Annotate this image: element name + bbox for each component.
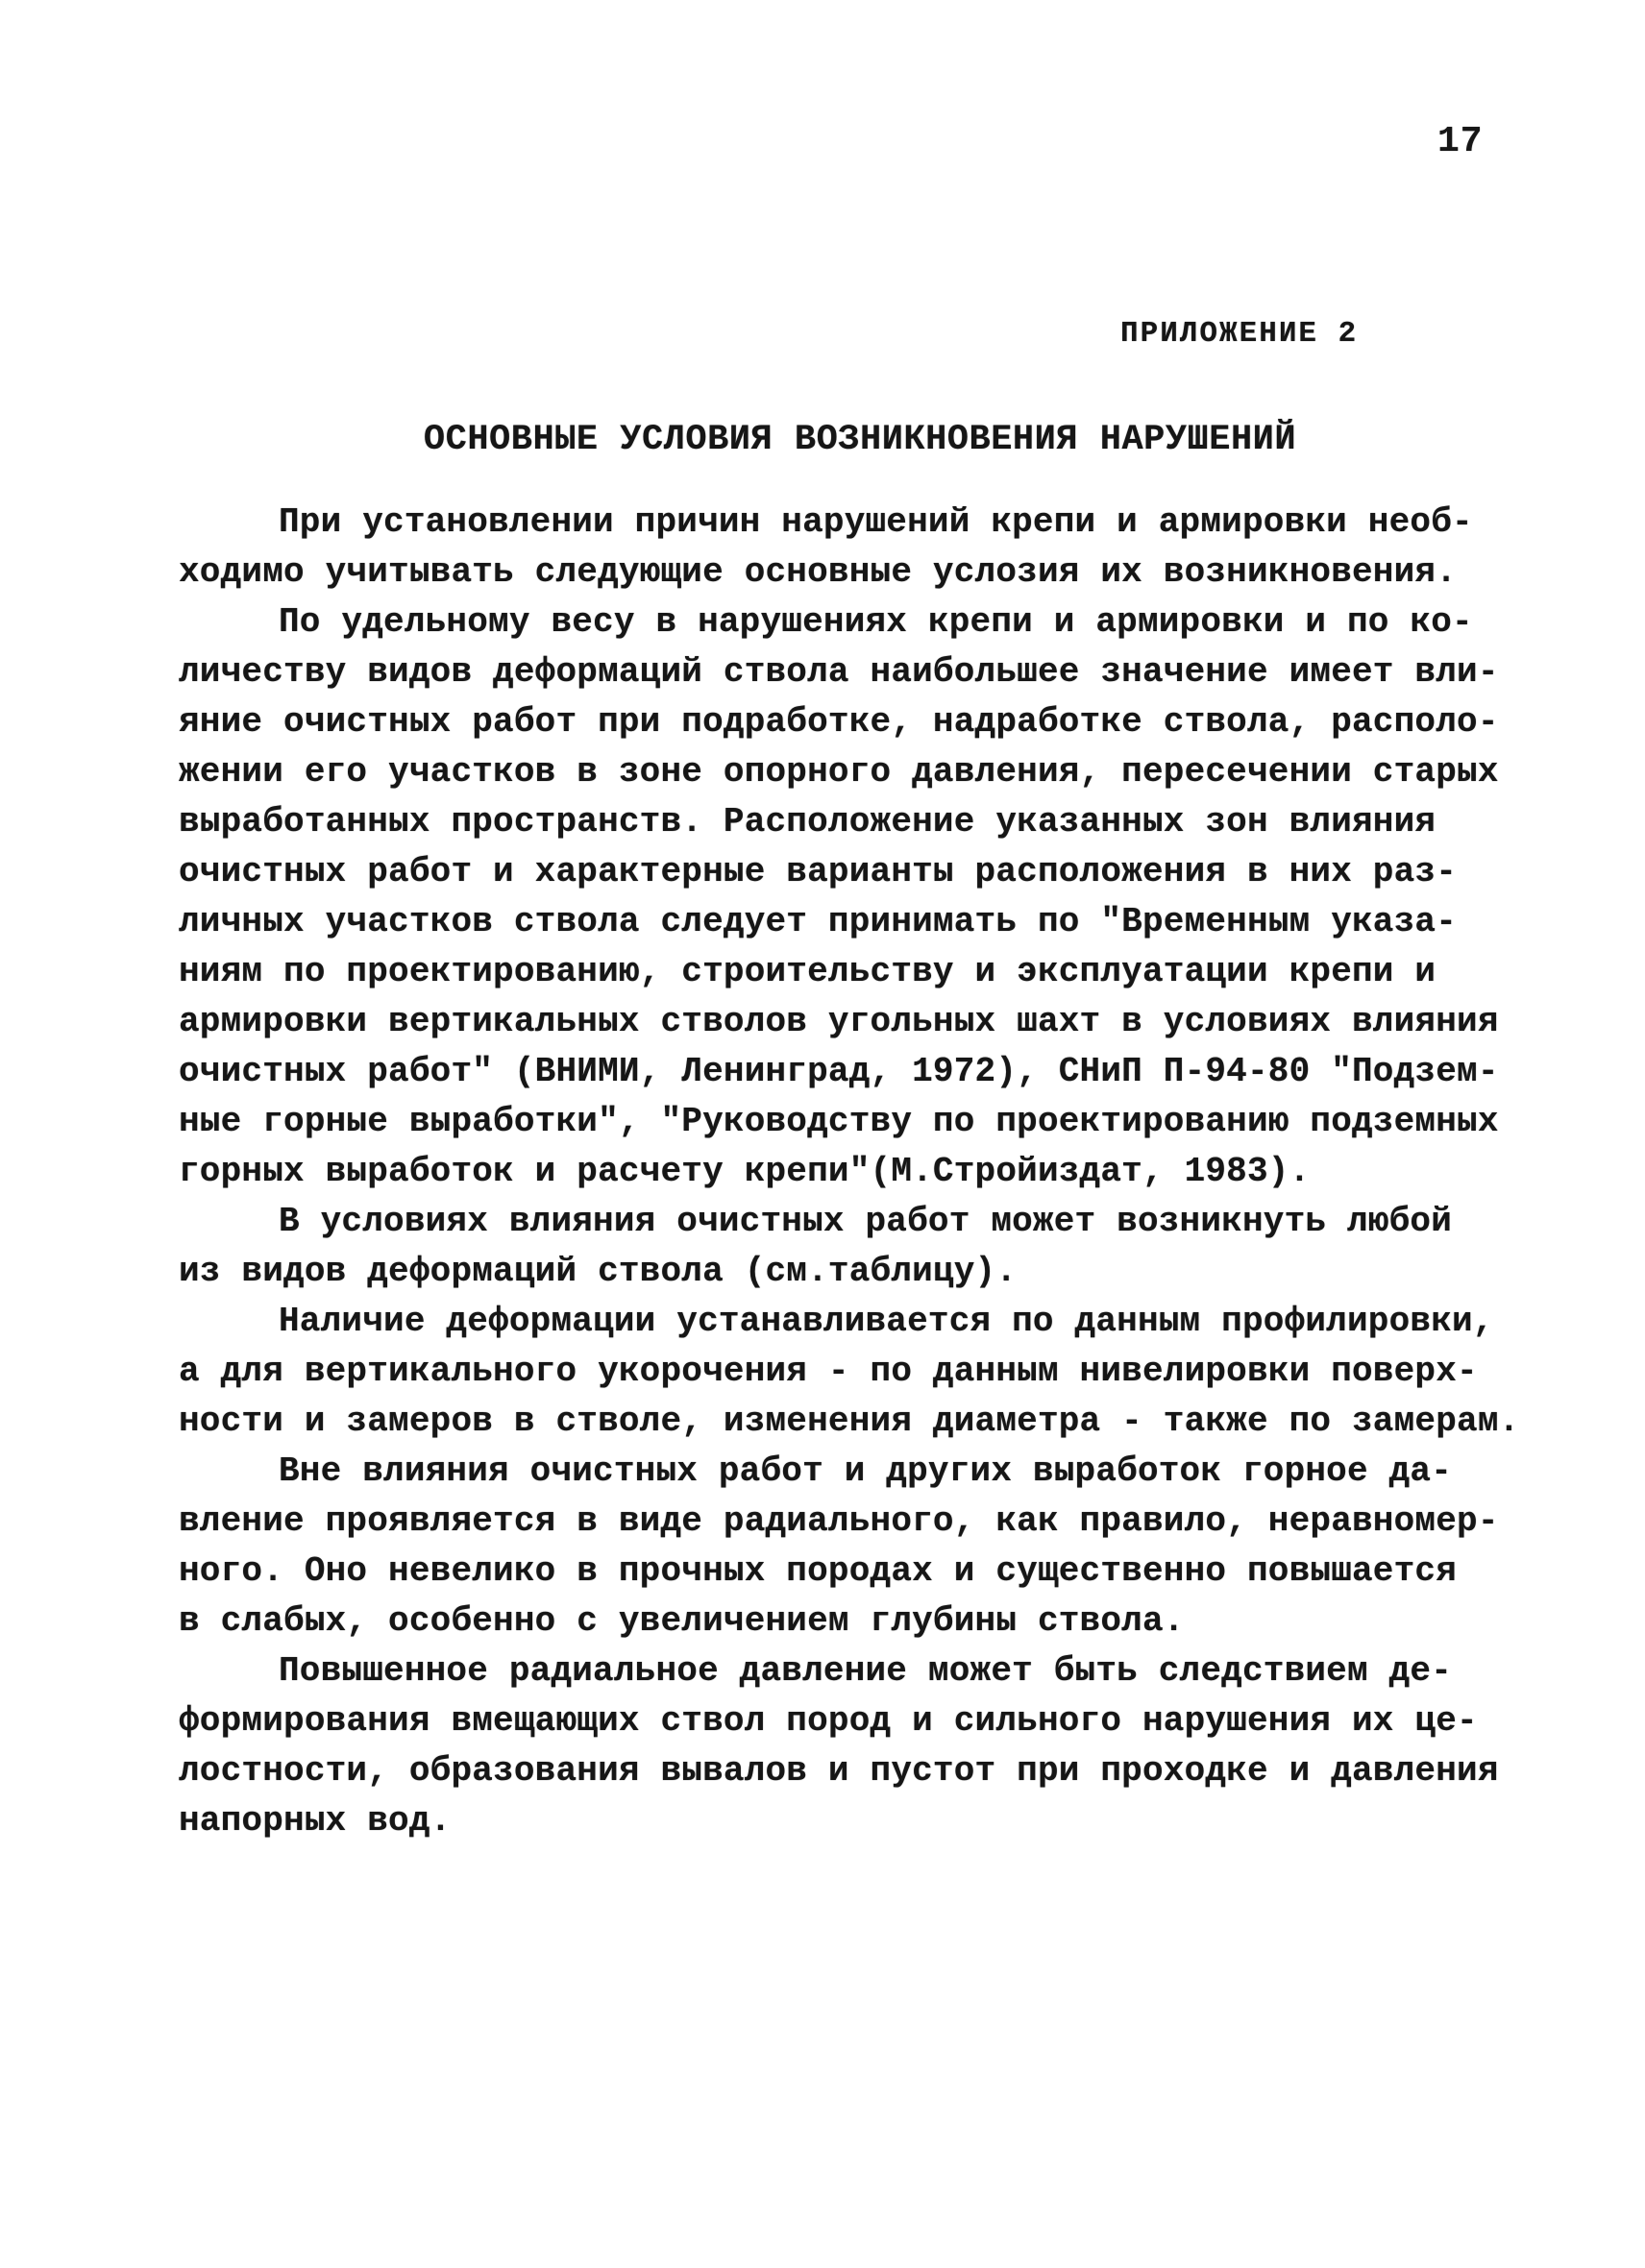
text-line: Повышенное радиальное давление может быт… [179,1646,1562,1696]
text-line: из видов деформаций ствола (см.таблицу). [179,1247,1562,1297]
text-line: Вне влияния очистных работ и других выра… [179,1447,1562,1497]
page-number: 17 [1437,121,1484,162]
text-line: ходимо учитывать следующие основные усло… [179,548,1562,597]
text-line: лостности, образования вывалов и пустот … [179,1746,1562,1796]
text-line: яние очистных работ при подработке, надр… [179,697,1562,747]
text-line: ного. Оно невелико в прочных породах и с… [179,1547,1562,1597]
text-line: а для вертикального укорочения - по данн… [179,1347,1562,1397]
text-line: очистных работ" (ВНИМИ, Ленинград, 1972)… [179,1047,1562,1097]
text-line: формирования вмещающих ствол пород и сил… [179,1696,1562,1746]
document-page: 17 ПРИЛОЖЕНИЕ 2 ОСНОВНЫЕ УСЛОВИЯ ВОЗНИКН… [0,0,1645,2268]
text-line: горных выработок и расчету крепи"(М.Стро… [179,1147,1562,1197]
text-line: вление проявляется в виде радиального, к… [179,1497,1562,1547]
text-line: При установлении причин нарушений крепи … [179,498,1562,548]
text-line: В условиях влияния очистных работ может … [179,1197,1562,1247]
text-line: армировки вертикальных стволов угольных … [179,997,1562,1047]
text-line: личных участков ствола следует принимать… [179,897,1562,947]
text-line: выработанных пространств. Расположение у… [179,797,1562,847]
text-line: ности и замеров в стволе, изменения диам… [179,1397,1562,1447]
text-line: ниям по проектированию, строительству и … [179,947,1562,997]
appendix-label: ПРИЛОЖЕНИЕ 2 [1120,317,1358,351]
text-line: очистных работ и характерные варианты ра… [179,847,1562,897]
text-line: личеству видов деформаций ствола наиболь… [179,647,1562,697]
text-line: По удельному весу в нарушениях крепи и а… [179,597,1562,647]
text-line: ные горные выработки", "Руководству по п… [179,1097,1562,1147]
text-line: жении его участков в зоне опорного давле… [179,747,1562,797]
page-title: ОСНОВНЫЕ УСЛОВИЯ ВОЗНИКНОВЕНИЯ НАРУШЕНИЙ [178,420,1542,460]
text-line: Наличие деформации устанавливается по да… [179,1297,1562,1347]
text-line: в слабых, особенно с увеличением глубины… [179,1597,1562,1646]
text-line: напорных вод. [179,1796,1562,1846]
body-text: При установлении причин нарушений крепи … [179,498,1562,1846]
